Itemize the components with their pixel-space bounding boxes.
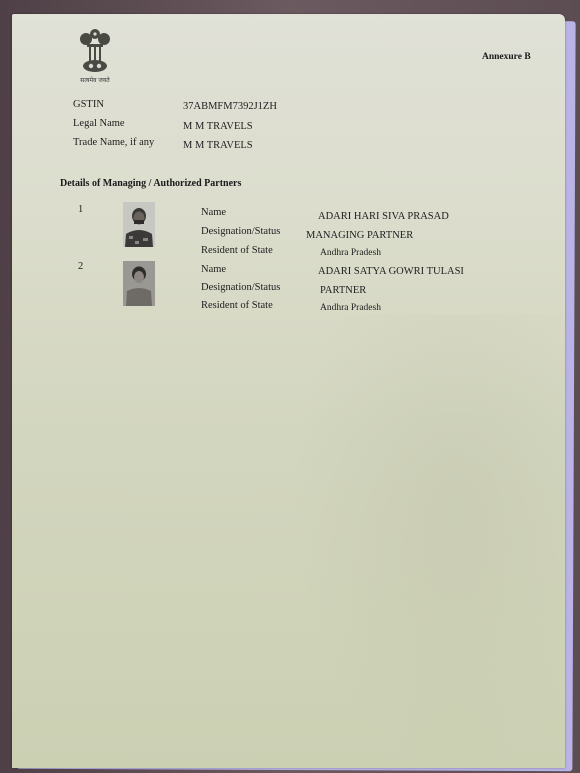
trade-name-value: M M TRAVELS xyxy=(183,140,253,151)
partner-2-designation-value: PARTNER xyxy=(320,285,366,296)
national-emblem-icon xyxy=(76,26,114,82)
partner-1-designation-label: Designation/Status xyxy=(201,226,280,237)
gstin-label: GSTIN xyxy=(73,99,104,110)
partners-section-title: Details of Managing / Authorized Partner… xyxy=(60,178,241,189)
page-shadow xyxy=(292,314,565,773)
partner-2-state-value: Andhra Pradesh xyxy=(320,303,381,313)
partner-2-state-label: Resident of State xyxy=(201,300,273,311)
partner-2-name-label: Name xyxy=(201,264,226,275)
legal-name-value: M M TRAVELS xyxy=(183,121,253,132)
partner-1-state-label: Resident of State xyxy=(201,245,273,256)
partner-1-name-label: Name xyxy=(201,207,226,218)
annexure-label: Annexure B xyxy=(482,52,531,62)
gstin-value: 37ABMFM7392J1ZH xyxy=(183,101,277,112)
partner-1-designation-value: MANAGING PARTNER xyxy=(306,230,413,241)
partner-1-name-value: ADARI HARI SIVA PRASAD xyxy=(318,211,449,222)
partner-1-index: 1 xyxy=(78,204,83,215)
legal-name-label: Legal Name xyxy=(73,118,125,129)
trade-name-label: Trade Name, if any xyxy=(73,137,154,148)
partner-2-name-value: ADARI SATYA GOWRI TULASI xyxy=(318,266,464,277)
partner-2-photo xyxy=(123,261,155,306)
partner-2-index: 2 xyxy=(78,261,83,272)
emblem-caption: सत्यमेव जयते xyxy=(76,76,114,84)
partner-1-photo xyxy=(123,202,155,247)
partner-1-state-value: Andhra Pradesh xyxy=(320,248,381,258)
partner-2-designation-label: Designation/Status xyxy=(201,282,280,293)
